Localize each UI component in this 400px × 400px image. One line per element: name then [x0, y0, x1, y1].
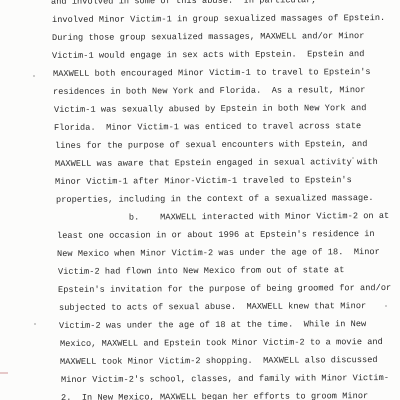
text-line: MAXWELL both encouraged Minor Victim-1 t… — [53, 67, 371, 79]
text-line: residences in both New York and Florida.… — [53, 85, 365, 97]
text-line: least one occasion in or about 1996 at E… — [57, 229, 375, 241]
text-line: MAXWELL took Minor Victim-2 shopping. MA… — [60, 355, 378, 367]
text-line: Victim-2 had flown into New Mexico from … — [58, 265, 344, 277]
scan-speck — [33, 75, 35, 77]
text-line: properties, including in the context of … — [56, 193, 374, 205]
text-line: Victim-1 would engage in sex acts with E… — [52, 49, 364, 61]
text-line: Victim-2 was under the age of 18 at the … — [59, 319, 366, 331]
scan-speck — [34, 323, 36, 325]
text-line: Minor Victim-2's school, classes, and fa… — [61, 373, 389, 385]
document-page: and involved in some of this abuse. In p… — [0, 0, 400, 400]
text-line: New Mexico when Minor Victim-2 was under… — [57, 247, 380, 259]
text-line: Victim-1 was sexually abused by Epstein … — [54, 103, 366, 115]
text-line: involved Minor Victim-1 in group sexuali… — [52, 13, 385, 25]
text-line: 2. In New Mexico, MAXWELL began her effo… — [61, 391, 368, 400]
text-line: MAXWELL was aware that Epstein engaged i… — [55, 157, 378, 169]
text-line: subjected to acts of sexual abuse. MAXWE… — [59, 301, 366, 313]
text-line: During those group sexualized massages, … — [52, 31, 364, 43]
text-line: Minor Victim-1 after Minor-Victim-1 trav… — [55, 175, 352, 187]
text-line: lines for the purpose of sexual encounte… — [55, 139, 367, 151]
text-line: Epstein's invitation for the purpose of … — [58, 283, 391, 295]
scan-margin-mark — [0, 372, 8, 374]
text-line: Mexico, MAXWELL and Epstein took Minor V… — [60, 337, 383, 349]
text-line: b. MAXWELL interacted with Minor Victim-… — [56, 211, 389, 223]
text-line: and involved in some of this abuse. In p… — [51, 0, 317, 7]
scan-speck — [352, 157, 354, 159]
text-line: Florida. Minor Victim-1 was enticed to t… — [54, 121, 361, 133]
scan-speck — [385, 305, 387, 307]
